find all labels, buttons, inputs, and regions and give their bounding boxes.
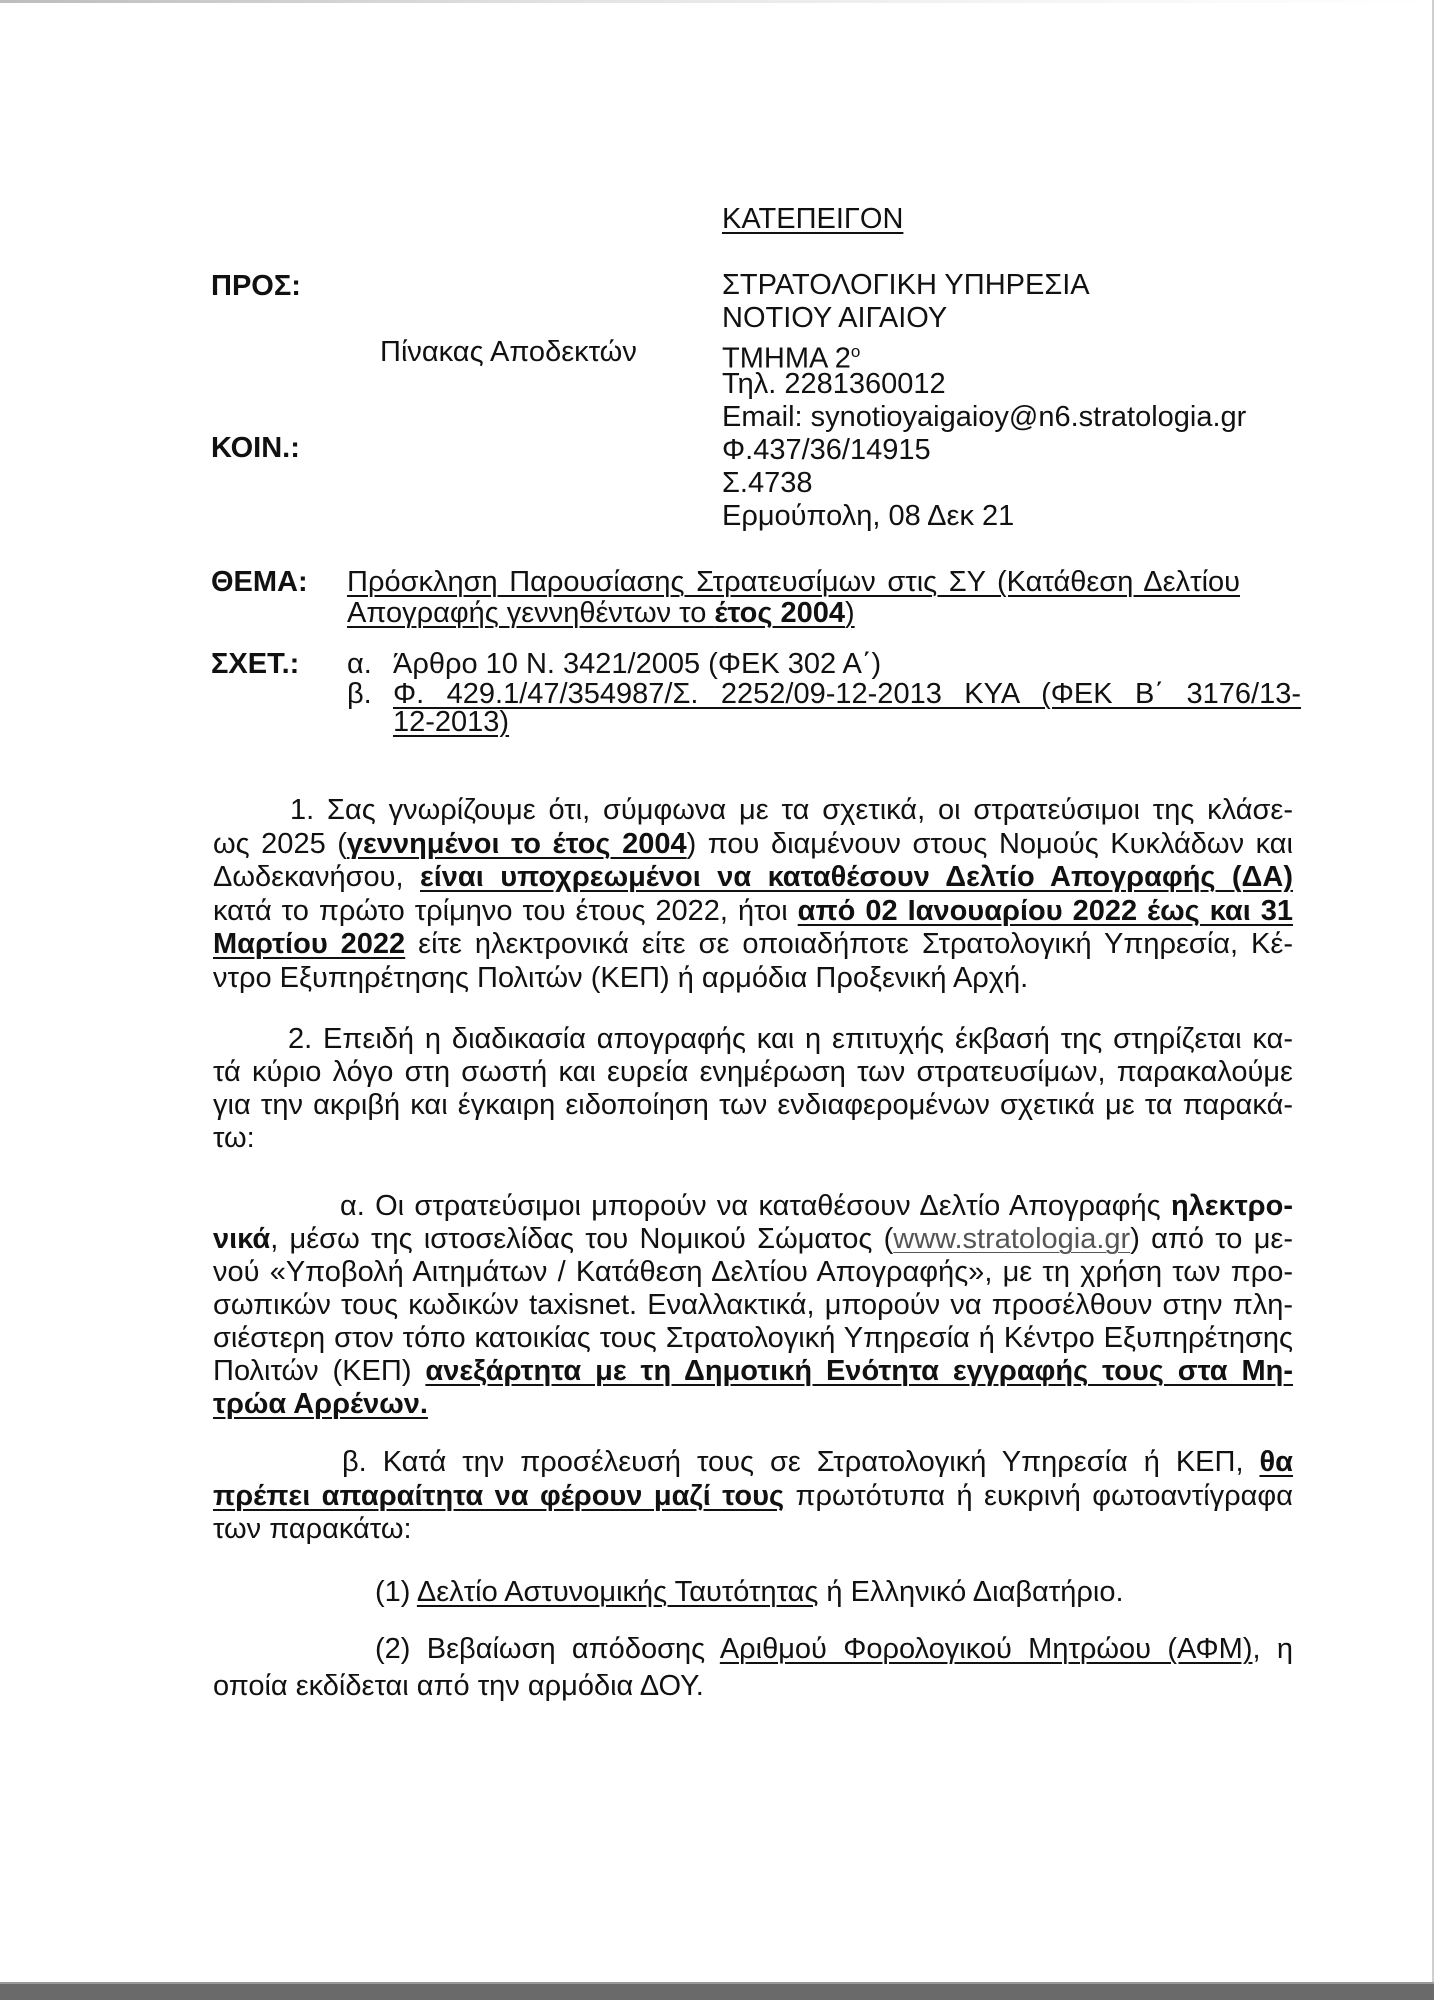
scan-edge-bottom bbox=[0, 1984, 1434, 2000]
recipients-list: Πίνακας Αποδεκτών bbox=[380, 336, 637, 369]
text-segment: είναι υποχρεωμένοι να καταθέσουν Δελτίο … bbox=[420, 861, 1293, 893]
text-segment: 1. Σας γνωρίζουμε ότι, σύμφωνα με τα σχε… bbox=[290, 794, 1293, 826]
text-segment: τω: bbox=[213, 1122, 255, 1154]
text-segment: γεννημένοι το έτος 2004 bbox=[347, 828, 687, 860]
text-segment: τά κύριο λόγο στη σωστή και ευρεία ενημέ… bbox=[213, 1056, 1293, 1088]
references-label: ΣΧΕΤ.: bbox=[211, 648, 299, 681]
paragraph-line-p2a: Πολιτών (ΚΕΠ) ανεξάρτητα με τη Δημοτική … bbox=[213, 1355, 1293, 1388]
text-segment: ή Ελληνικό Διαβατήριο. bbox=[818, 1576, 1123, 1608]
to-label: ΠΡΟΣ: bbox=[211, 270, 301, 303]
text-segment: για την ακριβή και έγκαιρη ειδοποίηση τω… bbox=[213, 1089, 1293, 1121]
paragraph-line-item2: (2) Βεβαίωση απόδοσης Αριθμού Φορολογικο… bbox=[375, 1633, 1293, 1666]
sender-line: Τηλ. 2281360012 bbox=[722, 368, 946, 401]
scan-edge-top bbox=[0, 0, 1434, 3]
cc-label: ΚΟΙΝ.: bbox=[211, 432, 300, 465]
text-segment: , η bbox=[1252, 1633, 1293, 1665]
paragraph-line-p2: 2. Επειδή η διαδικασία απογραφής και η ε… bbox=[288, 1023, 1293, 1056]
text-segment: ) που διαμένουν στους Νομούς Κυκλάδων κα… bbox=[687, 828, 1293, 860]
text-segment: κατά το πρώτο τρίμηνο του έτους 2022, ήτ… bbox=[213, 895, 798, 927]
text-segment: 12-2013) bbox=[393, 706, 509, 738]
text-segment: πρωτότυπα ή ευκρινή φωτοαντίγραφα bbox=[784, 1480, 1293, 1512]
reference-marker: α. bbox=[347, 648, 372, 681]
paragraph-line-p2: για την ακριβή και έγκαιρη ειδοποίηση τω… bbox=[213, 1089, 1293, 1122]
text-segment: Δελτίο Αστυνομικής Ταυτότητας bbox=[417, 1576, 818, 1608]
text-segment: Αριθμού Φορολογικού Μητρώου (ΑΦΜ) bbox=[720, 1633, 1253, 1665]
text-segment: τρώα Αρρένων. bbox=[213, 1388, 428, 1420]
reference-marker: β. bbox=[347, 678, 372, 711]
website-link[interactable]: www.stratologia.gr bbox=[893, 1223, 1130, 1255]
text-segment: νού «Υποβολή Αιτημάτων / Κατάθεση Δελτίο… bbox=[213, 1256, 1293, 1288]
paragraph-line-p2a: α. Οι στρατεύσιμοι μπορούν να καταθέσουν… bbox=[340, 1190, 1293, 1223]
paragraph-line-p2: τω: bbox=[213, 1122, 255, 1155]
paragraph-line-p2b: πρέπει απαραίτητα να φέρουν μαζί τους πρ… bbox=[213, 1480, 1293, 1513]
text-segment: , μέσω της ιστοσελίδας του Νομικού Σώματ… bbox=[270, 1223, 893, 1255]
text-segment: Πολιτών (ΚΕΠ) bbox=[213, 1355, 425, 1387]
paragraph-line-p2b: β. Κατά την προσέλευσή τους σε Στρατολογ… bbox=[342, 1446, 1293, 1479]
paragraph-line-p1: 1. Σας γνωρίζουμε ότι, σύμφωνα με τα σχε… bbox=[290, 794, 1293, 827]
paragraph-line-item2: οποία εκδίδεται από την αρμόδια ΔΟΥ. bbox=[213, 1670, 704, 1703]
text-segment: ) bbox=[845, 597, 855, 629]
text-segment: Πρόσκληση Παρουσίασης Στρατευσίμων στις … bbox=[347, 566, 1240, 598]
text-segment: των παρακάτω: bbox=[213, 1513, 412, 1545]
text-segment: Φ. 429.1/47/354987/Σ. 2252/09-12-2013 ΚΥ… bbox=[393, 678, 1301, 710]
text-segment: (2) Βεβαίωση απόδοσης bbox=[375, 1633, 720, 1665]
paragraph-line-item1: (1) Δελτίο Αστυνομικής Ταυτότητας ή Ελλη… bbox=[375, 1576, 1124, 1609]
text-segment: από 02 Ιανουαρίου 2022 έως και 31 bbox=[798, 895, 1293, 927]
paragraph-line-p1: ντρο Εξυπηρέτησης Πολιτών (ΚΕΠ) ή αρμόδι… bbox=[213, 962, 1028, 995]
paragraph-line-p1: κατά το πρώτο τρίμηνο του έτους 2022, ήτ… bbox=[213, 895, 1293, 928]
paragraph-line-p2a: σιέστερη στον τόπο κατοικίας τους Στρατο… bbox=[213, 1322, 1293, 1355]
sender-line: Ερμούπολη, 08 Δεκ 21 bbox=[722, 500, 1014, 533]
reference-line: Φ. 429.1/47/354987/Σ. 2252/09-12-2013 ΚΥ… bbox=[393, 678, 1301, 711]
text-segment: θα bbox=[1259, 1446, 1293, 1478]
paragraph-line-p1: ως 2025 (γεννημένοι το έτος 2004) που δι… bbox=[213, 828, 1293, 861]
text-segment: νικά bbox=[213, 1223, 270, 1255]
paragraph-line-p2a: νικά, μέσω της ιστοσελίδας του Νομικού Σ… bbox=[213, 1223, 1293, 1256]
text-segment: Απογραφής γεννηθέντων το bbox=[347, 597, 714, 629]
text-segment: είτε ηλεκτρονικά είτε σε οποιαδήποτε Στρ… bbox=[405, 928, 1293, 960]
subject-label: ΘΕΜΑ: bbox=[211, 566, 308, 599]
paragraph-line-p2a: σωπικών τους κωδικών taxisnet. Εναλλακτι… bbox=[213, 1289, 1293, 1322]
reference-line: Άρθρο 10 Ν. 3421/2005 (ΦΕΚ 302 Α΄) bbox=[393, 648, 881, 681]
text-segment: Άρθρο 10 Ν. 3421/2005 (ΦΕΚ 302 Α΄) bbox=[393, 648, 881, 680]
paragraph-line-p2: τά κύριο λόγο στη σωστή και ευρεία ενημέ… bbox=[213, 1056, 1293, 1089]
paragraph-line-p1: Δωδεκανήσου, είναι υποχρεωμένοι να καταθ… bbox=[213, 861, 1293, 894]
paragraph-line-p2a: τρώα Αρρένων. bbox=[213, 1388, 428, 1421]
text-segment: α. Οι στρατεύσιμοι μπορούν να καταθέσουν… bbox=[340, 1190, 1171, 1222]
text-segment: (1) bbox=[375, 1576, 417, 1608]
text-segment: έτος 2004 bbox=[714, 597, 845, 629]
reference-line: 12-2013) bbox=[393, 706, 509, 739]
subject-line: Πρόσκληση Παρουσίασης Στρατευσίμων στις … bbox=[347, 566, 1240, 599]
text-segment: ) από το με- bbox=[1130, 1223, 1293, 1255]
sender-line: Email: synotioyaigaioy@n6.stratologia.gr bbox=[722, 401, 1246, 434]
text-segment: πρέπει απαραίτητα να φέρουν μαζί τους bbox=[213, 1480, 784, 1512]
text-segment: 2. Επειδή η διαδικασία απογραφής και η ε… bbox=[288, 1023, 1293, 1055]
paragraph-line-p1: Μαρτίου 2022 είτε ηλεκτρονικά είτε σε οπ… bbox=[213, 928, 1293, 961]
text-segment: Μαρτίου 2022 bbox=[213, 928, 405, 960]
paragraph-line-p2a: νού «Υποβολή Αιτημάτων / Κατάθεση Δελτίο… bbox=[213, 1256, 1293, 1289]
text-segment: ανεξάρτητα με τη Δημοτική Ενότητα εγγραφ… bbox=[425, 1355, 1293, 1387]
text-segment: οποία εκδίδεται από την αρμόδια ΔΟΥ. bbox=[213, 1670, 704, 1702]
sender-line: ΝΟΤΙΟΥ ΑΙΓΑΙΟΥ bbox=[722, 302, 947, 335]
text-segment: ως 2025 ( bbox=[213, 828, 347, 860]
urgency-heading: ΚΑΤΕΠΕΙΓΟΝ bbox=[722, 203, 903, 236]
paragraph-line-p2b: των παρακάτω: bbox=[213, 1513, 412, 1546]
text-segment: β. Κατά την προσέλευσή τους σε Στρατολογ… bbox=[342, 1446, 1259, 1478]
text-segment: ηλεκτρο- bbox=[1171, 1190, 1293, 1222]
subject-line: Απογραφής γεννηθέντων το έτος 2004) bbox=[347, 597, 855, 630]
text-segment: Δωδεκανήσου, bbox=[213, 861, 420, 893]
text-segment: σωπικών τους κωδικών taxisnet. Εναλλακτι… bbox=[213, 1289, 1293, 1321]
sender-line: Φ.437/36/14915 bbox=[722, 434, 931, 467]
text-segment: ντρο Εξυπηρέτησης Πολιτών (ΚΕΠ) ή αρμόδι… bbox=[213, 962, 1028, 994]
sender-line: ΣΤΡΑΤΟΛΟΓΙΚΗ ΥΠΗΡΕΣΙΑ bbox=[722, 269, 1090, 302]
text-segment: σιέστερη στον τόπο κατοικίας τους Στρατο… bbox=[213, 1322, 1293, 1354]
sender-line: Σ.4738 bbox=[722, 467, 813, 500]
